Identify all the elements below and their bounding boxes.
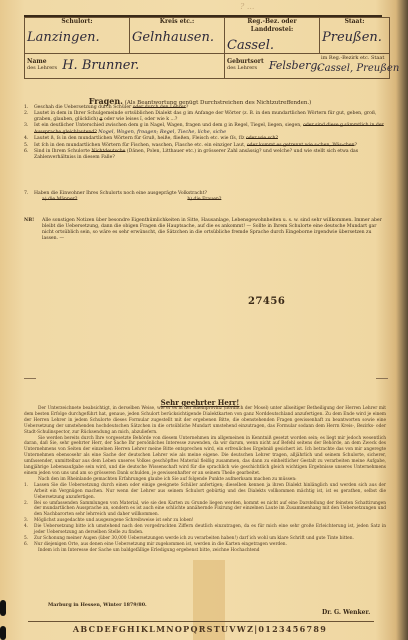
region-value: Cassel, Preußen	[317, 63, 399, 74]
separator-left	[24, 378, 36, 379]
teacher-name-label: Namedes Lehrers	[27, 59, 57, 71]
questions-list: 1.Geschah die Uebersetzung durch Schüler…	[24, 105, 386, 203]
alphabet-strip: ABCDEFGHIKLMNOPQRSTUVWZ|0123456789	[0, 624, 400, 634]
header-table: Schulort: Lanzingen. Kreis etc.: Gelnhau…	[24, 17, 390, 79]
birthplace-cell: Geburtsortdes Lehrers Felsberg, im Reg.-…	[225, 54, 390, 79]
teacher-name-cell: Namedes Lehrers H. Brunner.	[25, 54, 225, 79]
letter-paragraph: Sie werden bereits durch Ihre vorgesetzt…	[24, 436, 386, 477]
letter-item-4: 4.Die Uebersetzung bitte ich umstehend n…	[24, 524, 386, 536]
footer-rule	[28, 621, 374, 622]
letter-item-1: 1.Lassen Sie die Uebersetzung durch eine…	[24, 483, 386, 501]
birthplace-label: Geburtsortdes Lehrers	[227, 59, 264, 71]
kreis-value: Gelnhausen.	[132, 30, 214, 45]
schulort-label: Schulort:	[27, 18, 127, 26]
letter-item-2: 2.Bei so umfassenden Sammlungen von Mate…	[24, 501, 386, 519]
nb-note: NB! Alle sonstigen Notizen über besondre…	[24, 218, 386, 242]
signature: Dr. G. Wenker.	[322, 609, 370, 616]
regbez-label: Reg.-Bez. oder Landdrostei:	[227, 18, 317, 34]
schulort-value: Lanzingen.	[27, 30, 100, 45]
schulort-cell: Schulort: Lanzingen.	[25, 18, 130, 54]
question-7: 7.Haben die Einwohner Ihres Schulorts no…	[24, 191, 386, 203]
binding-hole-icon	[0, 626, 6, 640]
staat-cell: Staat: Preußen.	[320, 18, 390, 54]
binding-hole-icon	[0, 600, 6, 616]
birthplace-value: Felsberg,	[269, 59, 321, 72]
question-6: 6.Sind in Ihrem Schulorte Nichtdeutsche …	[24, 149, 386, 161]
teacher-name-value: H. Brunner.	[62, 58, 139, 73]
regbez-value: Cassel.	[227, 38, 274, 53]
kreis-cell: Kreis etc.: Gelnhausen.	[130, 18, 225, 54]
archive-stamp-number: 27456	[248, 296, 285, 307]
question-3: 3.Ist ein deutlicher Unterschied zwische…	[24, 123, 386, 136]
staat-label: Staat:	[322, 18, 387, 26]
faint-pencil-note: ? ...	[240, 2, 254, 11]
place-date: Marburg in Hessen, Winter 1879/80.	[48, 602, 147, 608]
letter-paragraph: Der Unterzeichnete beabsichtigt, in ders…	[24, 406, 386, 436]
kreis-label: Kreis etc.:	[132, 18, 222, 26]
question-2: 2.Lautet in dem in Ihrer Schulgemeinde o…	[24, 111, 386, 123]
region-label: im Reg.-Bezirk etc. Staat	[321, 55, 384, 61]
letter-closing: Indem ich im Interesse der Sache um bald…	[24, 548, 386, 554]
regbez-cell: Reg.-Bez. oder Landdrostei: Cassel.	[225, 18, 320, 54]
staat-value: Preußen.	[322, 30, 382, 45]
letter-body: Der Unterzeichnete beabsichtigt, in ders…	[24, 406, 386, 554]
questionnaire-sheet: ? ... Schulort: Lanzingen. Kreis etc.: G…	[0, 0, 400, 640]
separator-right	[376, 378, 388, 379]
